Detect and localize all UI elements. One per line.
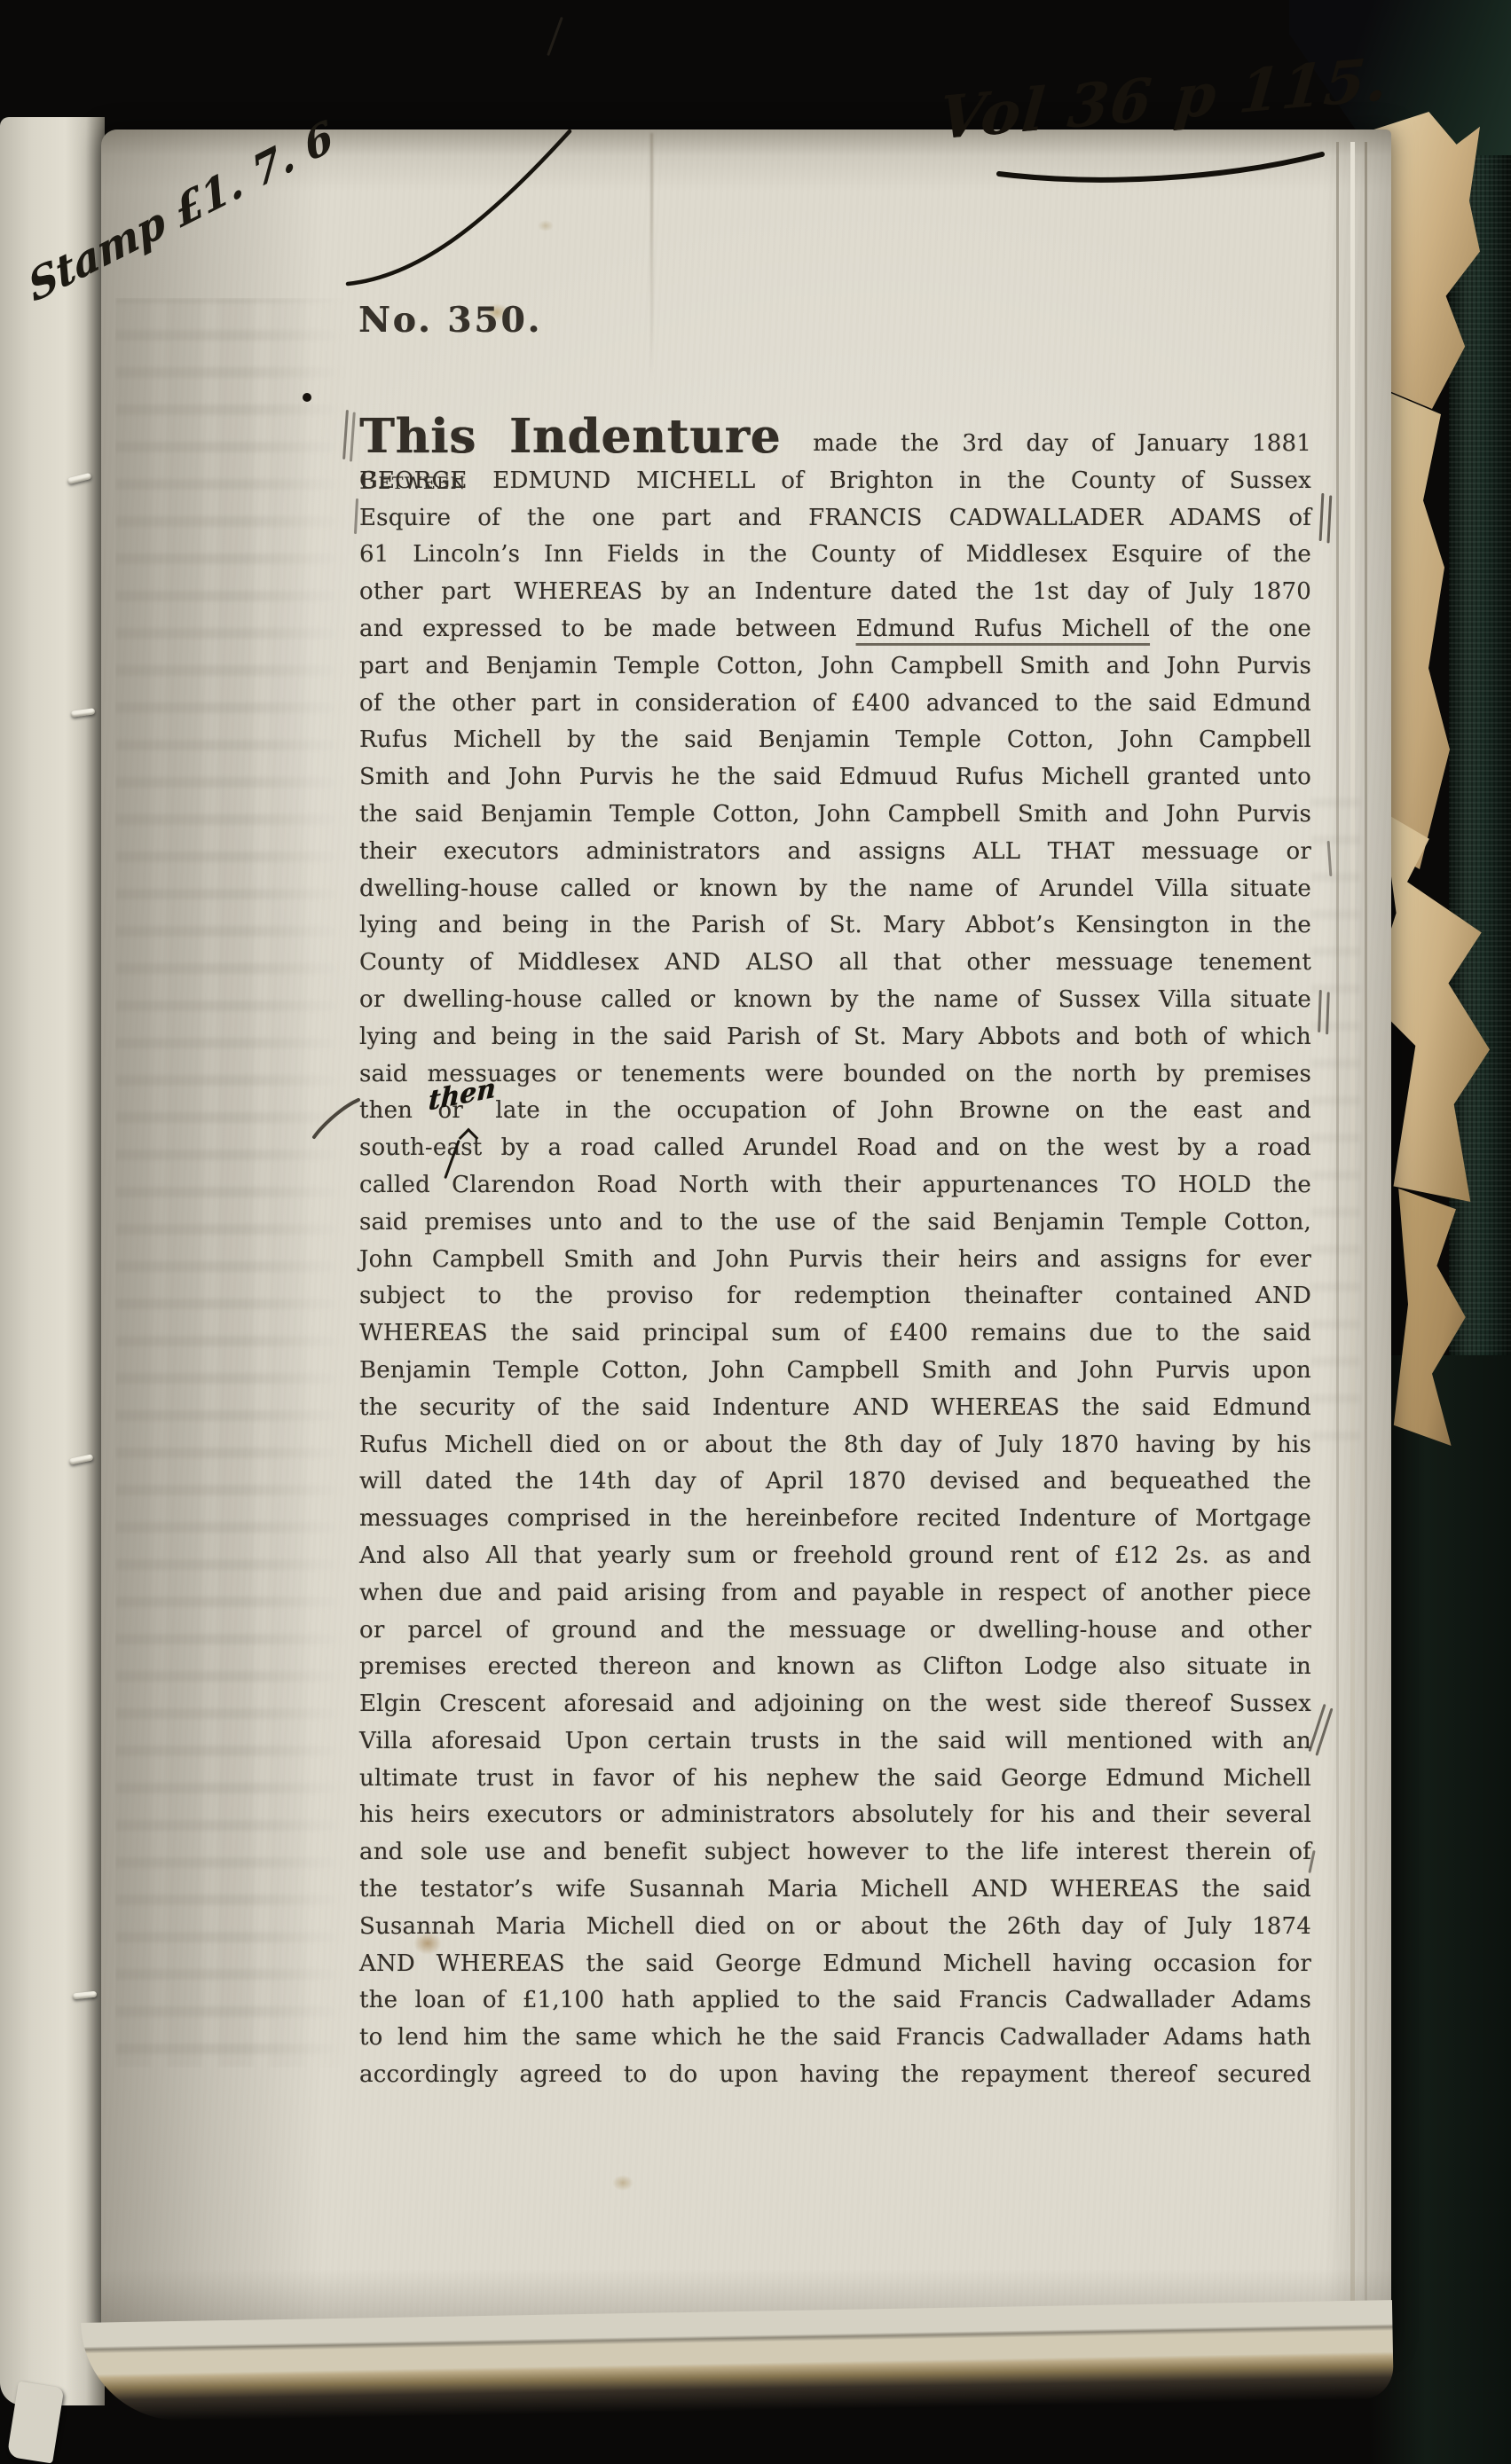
paper-crease (650, 133, 653, 381)
text-segment: messuages comprised in the hereinbefore … (359, 1505, 1311, 1532)
body-line: to lend him the same which he the said F… (359, 2020, 1311, 2057)
text-segment: or parcel of ground and the messuage or … (359, 1617, 1311, 1644)
body-line: of the other part in consideration of £4… (359, 686, 1311, 723)
body-line: Rufus Michell by the said Benjamin Templ… (359, 722, 1311, 759)
body-line: said messuages or tenements were bounded… (359, 1056, 1311, 1094)
body-line: GEORGE EDMUND MICHELL of Brighton in the… (359, 463, 1311, 500)
text-segment: the testator’s wife Susannah Maria Miche… (359, 1876, 1311, 1903)
text-segment: will dated the 14th day of April 1870 de… (359, 1468, 1311, 1495)
body-line: Susannah Maria Michell died on or about … (359, 1909, 1311, 1946)
body-line: south-east by a road called Arundel Road… (359, 1130, 1311, 1167)
text-segment: lying and being in the said Parish of St… (359, 1024, 1311, 1050)
handwritten-underline-flourish (992, 147, 1334, 200)
text-segment: accordingly agreed to do upon having the… (359, 2061, 1311, 2088)
text-segment: the security of the said Indenture AND W… (359, 1394, 1311, 1421)
text-segment: of the one (1150, 616, 1311, 642)
text-segment: Esquire of the one part and FRANCIS CADW… (359, 505, 1311, 531)
body-line: And also All that yearly sum or freehold… (359, 1538, 1311, 1575)
page-edge-line (1336, 142, 1339, 2306)
body-line: John Campbell Smith and John Purvis thei… (359, 1242, 1311, 1279)
body-line: the loan of £1,100 hath applied to the s… (359, 1982, 1311, 2020)
body-line: other part WHEREAS by an Indenture dated… (359, 574, 1311, 611)
text-segment: dwelling-house called or known by the na… (359, 875, 1311, 902)
body-line: or dwelling-house called or known by the… (359, 982, 1311, 1019)
body-line: Esquire of the one part and FRANCIS CADW… (359, 500, 1311, 538)
text-segment: Benjamin Temple Cotton, John Campbell Sm… (359, 1357, 1311, 1384)
body-line: the said Benjamin Temple Cotton, John Ca… (359, 796, 1311, 834)
pencil-underlined-name: Edmund Rufus Michell (856, 616, 1150, 642)
text-segment: 61 Lincoln’s Inn Fields in the County of… (359, 541, 1311, 568)
body-text: This Indenture made the 3rd day of Janua… (359, 426, 1311, 2094)
body-line: and sole use and benefit subject however… (359, 1834, 1311, 1872)
ink-dot (303, 393, 311, 402)
body-line: Elgin Crescent aforesaid and adjoining o… (359, 1686, 1311, 1723)
text-segment: premises erected thereon and known as Cl… (359, 1653, 1311, 1680)
text-segment: subject to the proviso for redemption th… (359, 1283, 1311, 1309)
text-segment: or dwelling-house called or known by the… (359, 986, 1311, 1013)
text-segment: his heirs executors or administrators ab… (359, 1801, 1311, 1828)
text-segment: called Clarendon Road North with their a… (359, 1172, 1311, 1198)
text-segment: and expressed to be made between (359, 616, 856, 642)
entry-number-label: No. 350. (358, 300, 542, 341)
body-line: lying and being in the said Parish of St… (359, 1019, 1311, 1056)
text-segment: their executors administrators and assig… (359, 838, 1311, 865)
body-line: subject to the proviso for redemption th… (359, 1278, 1311, 1315)
body-line: lying and being in the Parish of St. Mar… (359, 907, 1311, 945)
text-segment: made the 3rd day of January 1881 (790, 430, 1311, 457)
text-segment: Elgin Crescent aforesaid and adjoining o… (359, 1691, 1311, 1717)
body-line: accordingly agreed to do upon having the… (359, 2057, 1311, 2094)
body-line: when due and paid arising from and payab… (359, 1575, 1311, 1613)
text-segment: late in the occupation of John Browne on… (470, 1097, 1311, 1124)
caret-insertion: then (463, 1109, 470, 1118)
body-line: ultimate trust in favor of his nephew th… (359, 1761, 1311, 1798)
body-line: AND WHEREAS the said George Edmund Miche… (359, 1946, 1311, 1983)
text-segment: GEORGE EDMUND MICHELL of Brighton in the… (359, 467, 1311, 494)
margin-tick-mark (309, 1096, 366, 1142)
text-segment: of the other part in consideration of £4… (359, 690, 1311, 717)
body-line: their executors administrators and assig… (359, 834, 1311, 871)
body-line: County of Middlesex AND ALSO all that ot… (359, 945, 1311, 982)
body-line: then orthen late in the occupation of Jo… (359, 1093, 1311, 1130)
body-line: 61 Lincoln’s Inn Fields in the County of… (359, 537, 1311, 574)
body-line: said premises unto and to the use of the… (359, 1205, 1311, 1242)
body-line: will dated the 14th day of April 1870 de… (359, 1463, 1311, 1501)
text-segment: part and Benjamin Temple Cotton, John Ca… (359, 653, 1311, 679)
text-segment: WHEREAS the said principal sum of £400 r… (359, 1320, 1311, 1346)
text-segment: Susannah Maria Michell died on or about … (359, 1913, 1311, 1940)
body-line: the testator’s wife Susannah Maria Miche… (359, 1872, 1311, 1909)
page-edge-line (1365, 142, 1367, 2306)
text-segment: ultimate trust in favor of his nephew th… (359, 1765, 1311, 1792)
body-line: the security of the said Indenture AND W… (359, 1390, 1311, 1427)
facing-page-edge (0, 117, 105, 2405)
body-line: and expressed to be made between Edmund … (359, 611, 1311, 648)
text-segment: Rufus Michell died on or about the 8th d… (359, 1432, 1311, 1458)
text-segment: John Campbell Smith and John Purvis thei… (359, 1246, 1311, 1273)
body-line: Smith and John Purvis he the said Edmuud… (359, 759, 1311, 796)
text-segment: County of Middlesex AND ALSO all that ot… (359, 949, 1311, 976)
text-segment: other part WHEREAS by an Indenture dated… (359, 578, 1311, 605)
body-line: his heirs executors or administrators ab… (359, 1797, 1311, 1834)
body-line: part and Benjamin Temple Cotton, John Ca… (359, 648, 1311, 686)
text-segment: Smith and John Purvis he the said Edmuud… (359, 764, 1311, 790)
body-line: called Clarendon Road North with their a… (359, 1167, 1311, 1205)
body-line: messuages comprised in the hereinbefore … (359, 1501, 1311, 1538)
text-segment: AND WHEREAS the said George Edmund Miche… (359, 1950, 1311, 1977)
body-line: dwelling-house called or known by the na… (359, 871, 1311, 908)
body-line: This Indenture made the 3rd day of Janua… (359, 426, 1311, 463)
body-line: premises erected thereon and known as Cl… (359, 1649, 1311, 1686)
text-segment: said premises unto and to the use of the… (359, 1209, 1311, 1236)
paper-stain (612, 2175, 634, 2191)
text-segment: And also All that yearly sum or freehold… (359, 1542, 1311, 1569)
text-segment: when due and paid arising from and payab… (359, 1580, 1311, 1606)
body-line: Villa aforesaid Upon certain trusts in t… (359, 1723, 1311, 1761)
scanned-register-page: Vol 36 p 115. Stamp £1. 7. 6 No. 350. Th… (0, 0, 1511, 2464)
text-segment: lying and being in the Parish of St. Mar… (359, 912, 1311, 938)
opening-words: This Indenture (359, 409, 790, 464)
page-edge-line (1350, 142, 1355, 2306)
text-segment: said messuages or tenements were bounded… (359, 1061, 1311, 1087)
text-segment: the loan of £1,100 hath applied to the s… (359, 1987, 1311, 2013)
text-segment: the said Benjamin Temple Cotton, John Ca… (359, 801, 1311, 828)
text-segment: Villa aforesaid Upon certain trusts in t… (359, 1728, 1311, 1754)
text-segment: to lend him the same which he the said F… (359, 2024, 1311, 2051)
text-segment: and sole use and benefit subject however… (359, 1839, 1311, 1865)
body-line: Rufus Michell died on or about the 8th d… (359, 1427, 1311, 1464)
body-line: WHEREAS the said principal sum of £400 r… (359, 1315, 1311, 1353)
body-line: Benjamin Temple Cotton, John Campbell Sm… (359, 1353, 1311, 1390)
stray-pen-stroke (547, 17, 563, 56)
pen-flourish (335, 117, 588, 294)
text-segment: Rufus Michell by the said Benjamin Templ… (359, 726, 1311, 753)
body-line: or parcel of ground and the messuage or … (359, 1613, 1311, 1650)
text-segment: south-east by a road called Arundel Road… (359, 1134, 1311, 1161)
